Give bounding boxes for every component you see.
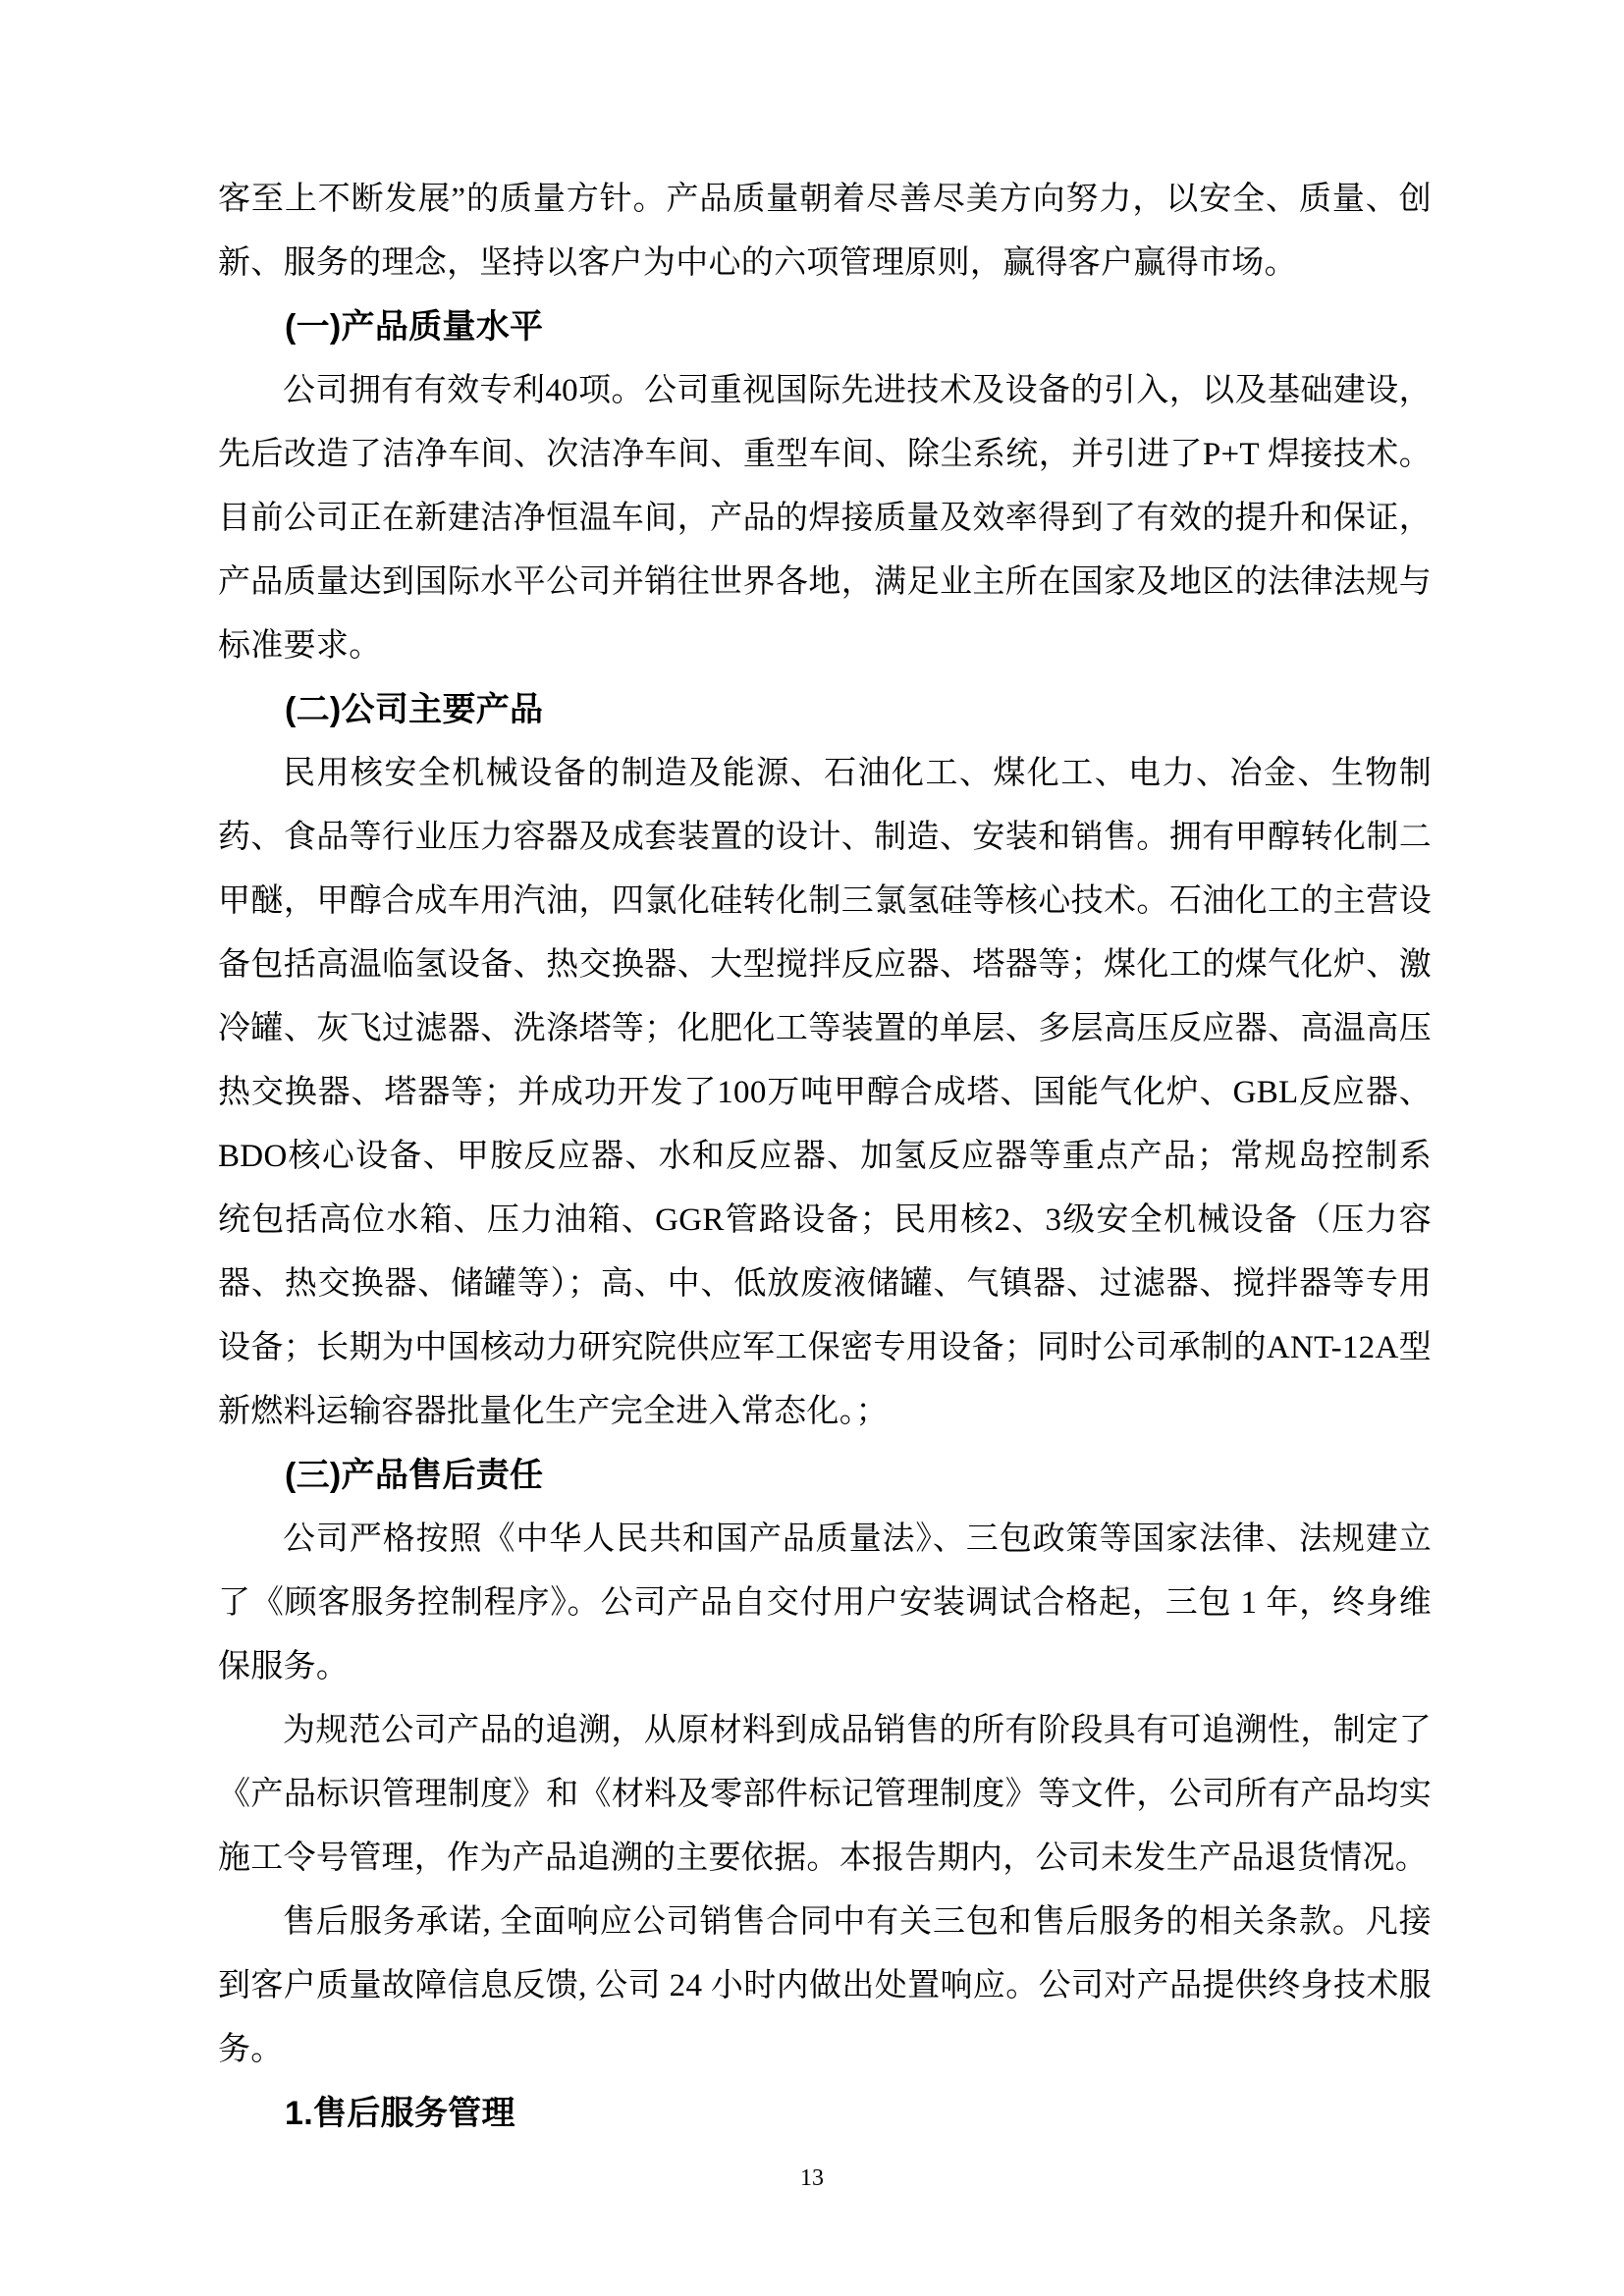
page-number: 13 — [800, 2165, 824, 2191]
section-heading: (一)产品质量水平 — [218, 295, 1432, 359]
document-body: 客至上不断发展”的质量方针。产品质量朝着尽善尽美方向努力，以安全、质量、创新、服… — [218, 168, 1432, 2146]
section-heading: (二)公司主要产品 — [218, 678, 1432, 742]
body-paragraph: 公司严格按照《中华人民共和国产品质量法》、三包政策等国家法律、法规建立了《顾客服… — [218, 1508, 1432, 1699]
body-paragraph: 民用核安全机械设备的制造及能源、石油化工、煤化工、电力、冶金、生物制药、食品等行… — [218, 742, 1432, 1444]
body-paragraph: 为规范公司产品的追溯，从原材料到成品销售的所有阶段具有可追溯性，制定了《产品标识… — [218, 1699, 1432, 1891]
section-heading: 1.售后服务管理 — [218, 2082, 1432, 2146]
body-paragraph: 客至上不断发展”的质量方针。产品质量朝着尽善尽美方向努力，以安全、质量、创新、服… — [218, 168, 1432, 295]
section-heading: (三)产品售后责任 — [218, 1444, 1432, 1508]
document-page: 客至上不断发展”的质量方针。产品质量朝着尽善尽美方向努力，以安全、质量、创新、服… — [0, 0, 1624, 2296]
page-footer: 13 — [0, 2163, 1624, 2193]
body-paragraph: 公司拥有有效专利40项。公司重视国际先进技术及设备的引入，以及基础建设，先后改造… — [218, 359, 1432, 678]
body-paragraph: 售后服务承诺, 全面响应公司销售合同中有关三包和售后服务的相关条款。凡接到客户质… — [218, 1891, 1432, 2082]
